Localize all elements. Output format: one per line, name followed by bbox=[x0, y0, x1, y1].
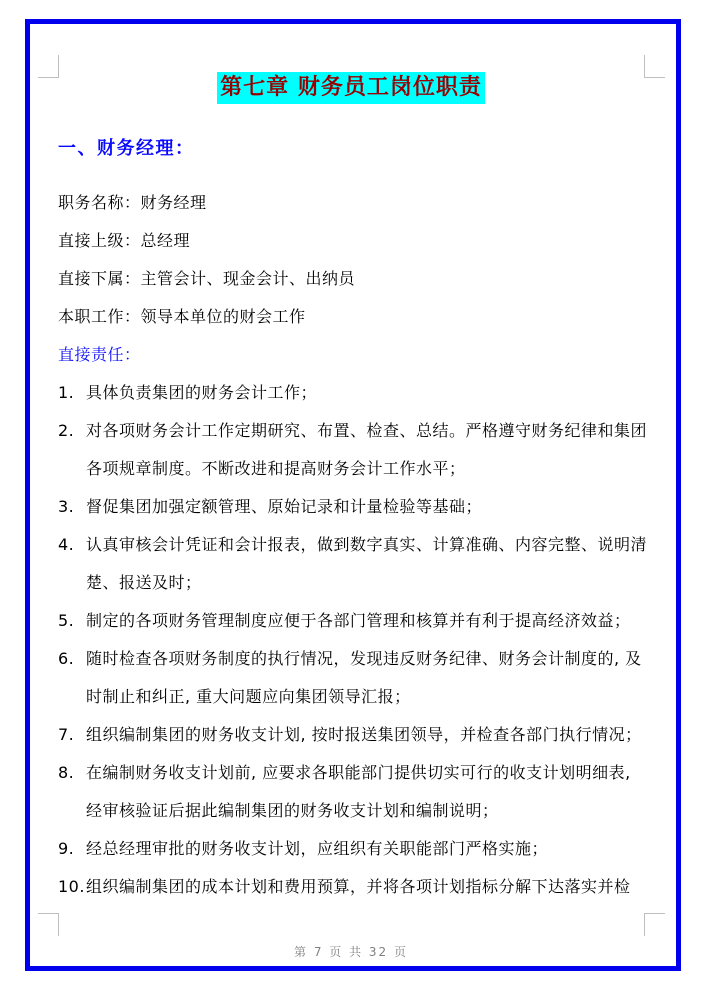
chapter-title-row: 第七章 财务员工岗位职责 bbox=[0, 72, 702, 104]
list-item-number: 1. bbox=[58, 374, 86, 412]
list-item-text: 经总经理审批的财务收支计划，应组织有关职能部门严格实施； bbox=[86, 830, 650, 868]
list-item-number: 2. bbox=[58, 412, 86, 450]
list-item: 9. 经总经理审批的财务收支计划，应组织有关职能部门严格实施； bbox=[58, 830, 650, 868]
list-item-text: 组织编制集团的成本计划和费用预算，并将各项计划指标分解下达落实并检 bbox=[86, 868, 650, 906]
list-item: 3. 督促集团加强定额管理、原始记录和计量检验等基础； bbox=[58, 488, 650, 526]
document-body: 职务名称：财务经理 直接上级：总经理 直接下属：主管会计、现金会计、出纳员 本职… bbox=[58, 184, 650, 906]
list-item-text: 随时检查各项财务制度的执行情况，发现违反财务纪律、财务会计制度的, 及时制止和纠… bbox=[86, 640, 650, 716]
page-number: 第 7 页 共 32 页 bbox=[0, 943, 702, 960]
list-item-text: 在编制财务收支计划前, 应要求各职能部门提供切实可行的收支计划明细表, 经审核验… bbox=[86, 754, 650, 830]
info-line-main-work: 本职工作：领导本单位的财会工作 bbox=[58, 298, 650, 336]
list-item: 5. 制定的各项财务管理制度应便于各部门管理和核算并有利于提高经济效益； bbox=[58, 602, 650, 640]
list-item-number: 9. bbox=[58, 830, 86, 868]
list-item-number: 4. bbox=[58, 526, 86, 564]
info-line-job-title: 职务名称：财务经理 bbox=[58, 184, 650, 222]
list-item: 1. 具体负责集团的财务会计工作； bbox=[58, 374, 650, 412]
list-item-text: 具体负责集团的财务会计工作； bbox=[86, 374, 650, 412]
margin-crop-mark-bottom-right bbox=[644, 913, 665, 936]
list-item: 4. 认真审核会计凭证和会计报表，做到数字真实、计算准确、内容完整、说明清楚、报… bbox=[58, 526, 650, 602]
list-item: 8. 在编制财务收支计划前, 应要求各职能部门提供切实可行的收支计划明细表, 经… bbox=[58, 754, 650, 830]
list-item-text: 认真审核会计凭证和会计报表，做到数字真实、计算准确、内容完整、说明清楚、报送及时… bbox=[86, 526, 650, 602]
list-item: 6. 随时检查各项财务制度的执行情况，发现违反财务纪律、财务会计制度的, 及时制… bbox=[58, 640, 650, 716]
list-item-number: 3. bbox=[58, 488, 86, 526]
info-line-subordinate: 直接下属：主管会计、现金会计、出纳员 bbox=[58, 260, 650, 298]
list-item: 10. 组织编制集团的成本计划和费用预算，并将各项计划指标分解下达落实并检 bbox=[58, 868, 650, 906]
list-item: 2. 对各项财务会计工作定期研究、布置、检查、总结。严格遵守财务纪律和集团各项规… bbox=[58, 412, 650, 488]
list-item-number: 10. bbox=[58, 868, 86, 906]
list-item-number: 7. bbox=[58, 716, 86, 754]
info-line-superior: 直接上级：总经理 bbox=[58, 222, 650, 260]
document-page: 第七章 财务员工岗位职责 一、财务经理： 职务名称：财务经理 直接上级：总经理 … bbox=[0, 0, 702, 991]
list-item-text: 督促集团加强定额管理、原始记录和计量检验等基础； bbox=[86, 488, 650, 526]
list-item-number: 5. bbox=[58, 602, 86, 640]
margin-crop-mark-bottom-left bbox=[38, 913, 59, 936]
duties-label: 直接责任： bbox=[58, 336, 650, 374]
list-item-text: 组织编制集团的财务收支计划, 按时报送集团领导，并检查各部门执行情况； bbox=[86, 716, 650, 754]
section-heading: 一、财务经理： bbox=[58, 134, 195, 160]
list-item-text: 制定的各项财务管理制度应便于各部门管理和核算并有利于提高经济效益； bbox=[86, 602, 650, 640]
list-item-number: 8. bbox=[58, 754, 86, 792]
list-item: 7. 组织编制集团的财务收支计划, 按时报送集团领导，并检查各部门执行情况； bbox=[58, 716, 650, 754]
list-item-text: 对各项财务会计工作定期研究、布置、检查、总结。严格遵守财务纪律和集团各项规章制度… bbox=[86, 412, 650, 488]
chapter-title: 第七章 财务员工岗位职责 bbox=[217, 72, 485, 104]
list-item-number: 6. bbox=[58, 640, 86, 678]
